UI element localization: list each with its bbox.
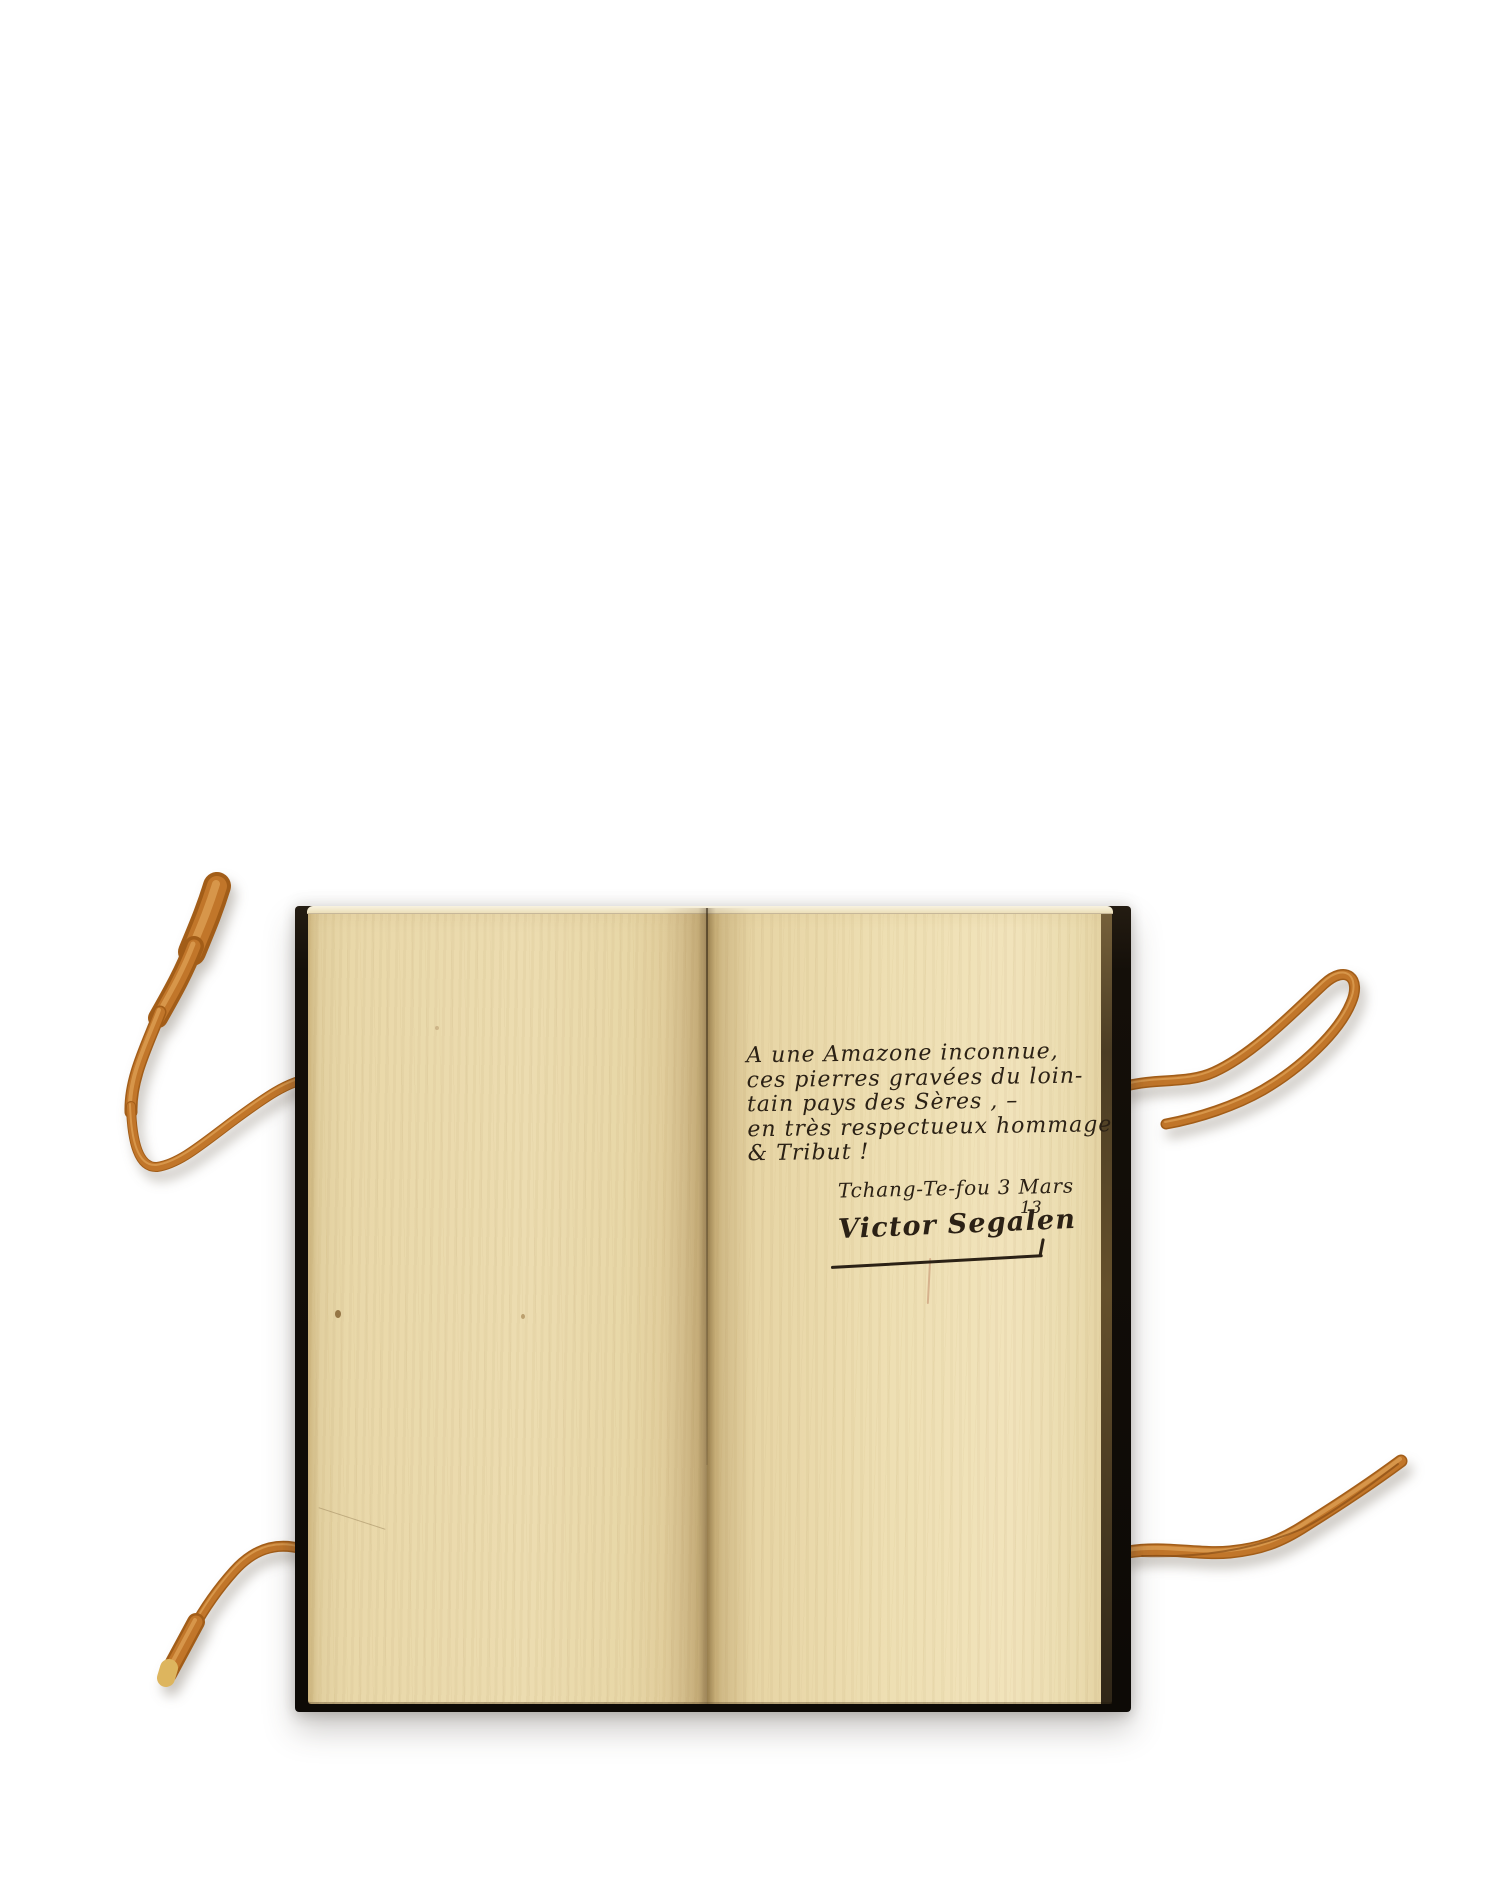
left-page bbox=[308, 906, 707, 1704]
page-speck bbox=[335, 1310, 341, 1318]
inscription-line: & Tribut ! bbox=[748, 1138, 1078, 1167]
inscription: A une Amazone inconnue, ces pierres grav… bbox=[746, 1040, 1078, 1168]
ribbon-top-right bbox=[1125, 972, 1355, 1124]
book: A une Amazone inconnue, ces pierres grav… bbox=[295, 906, 1131, 1712]
page-block-edge bbox=[1101, 909, 1112, 1704]
page-speck bbox=[521, 1314, 525, 1319]
ribbon-bottom-right bbox=[1127, 1459, 1401, 1556]
page-gutter bbox=[663, 908, 751, 1704]
inscription-line: ces pierres gravées du loin- bbox=[747, 1064, 1077, 1093]
inscription-line: en très respectueux hommage bbox=[747, 1113, 1077, 1142]
right-page bbox=[707, 906, 1112, 1704]
ribbon-bottom-left bbox=[166, 1544, 302, 1678]
page-speck bbox=[435, 1026, 439, 1030]
photo-background: A une Amazone inconnue, ces pierres grav… bbox=[0, 0, 1498, 1895]
ribbon-top-left bbox=[130, 884, 312, 1167]
